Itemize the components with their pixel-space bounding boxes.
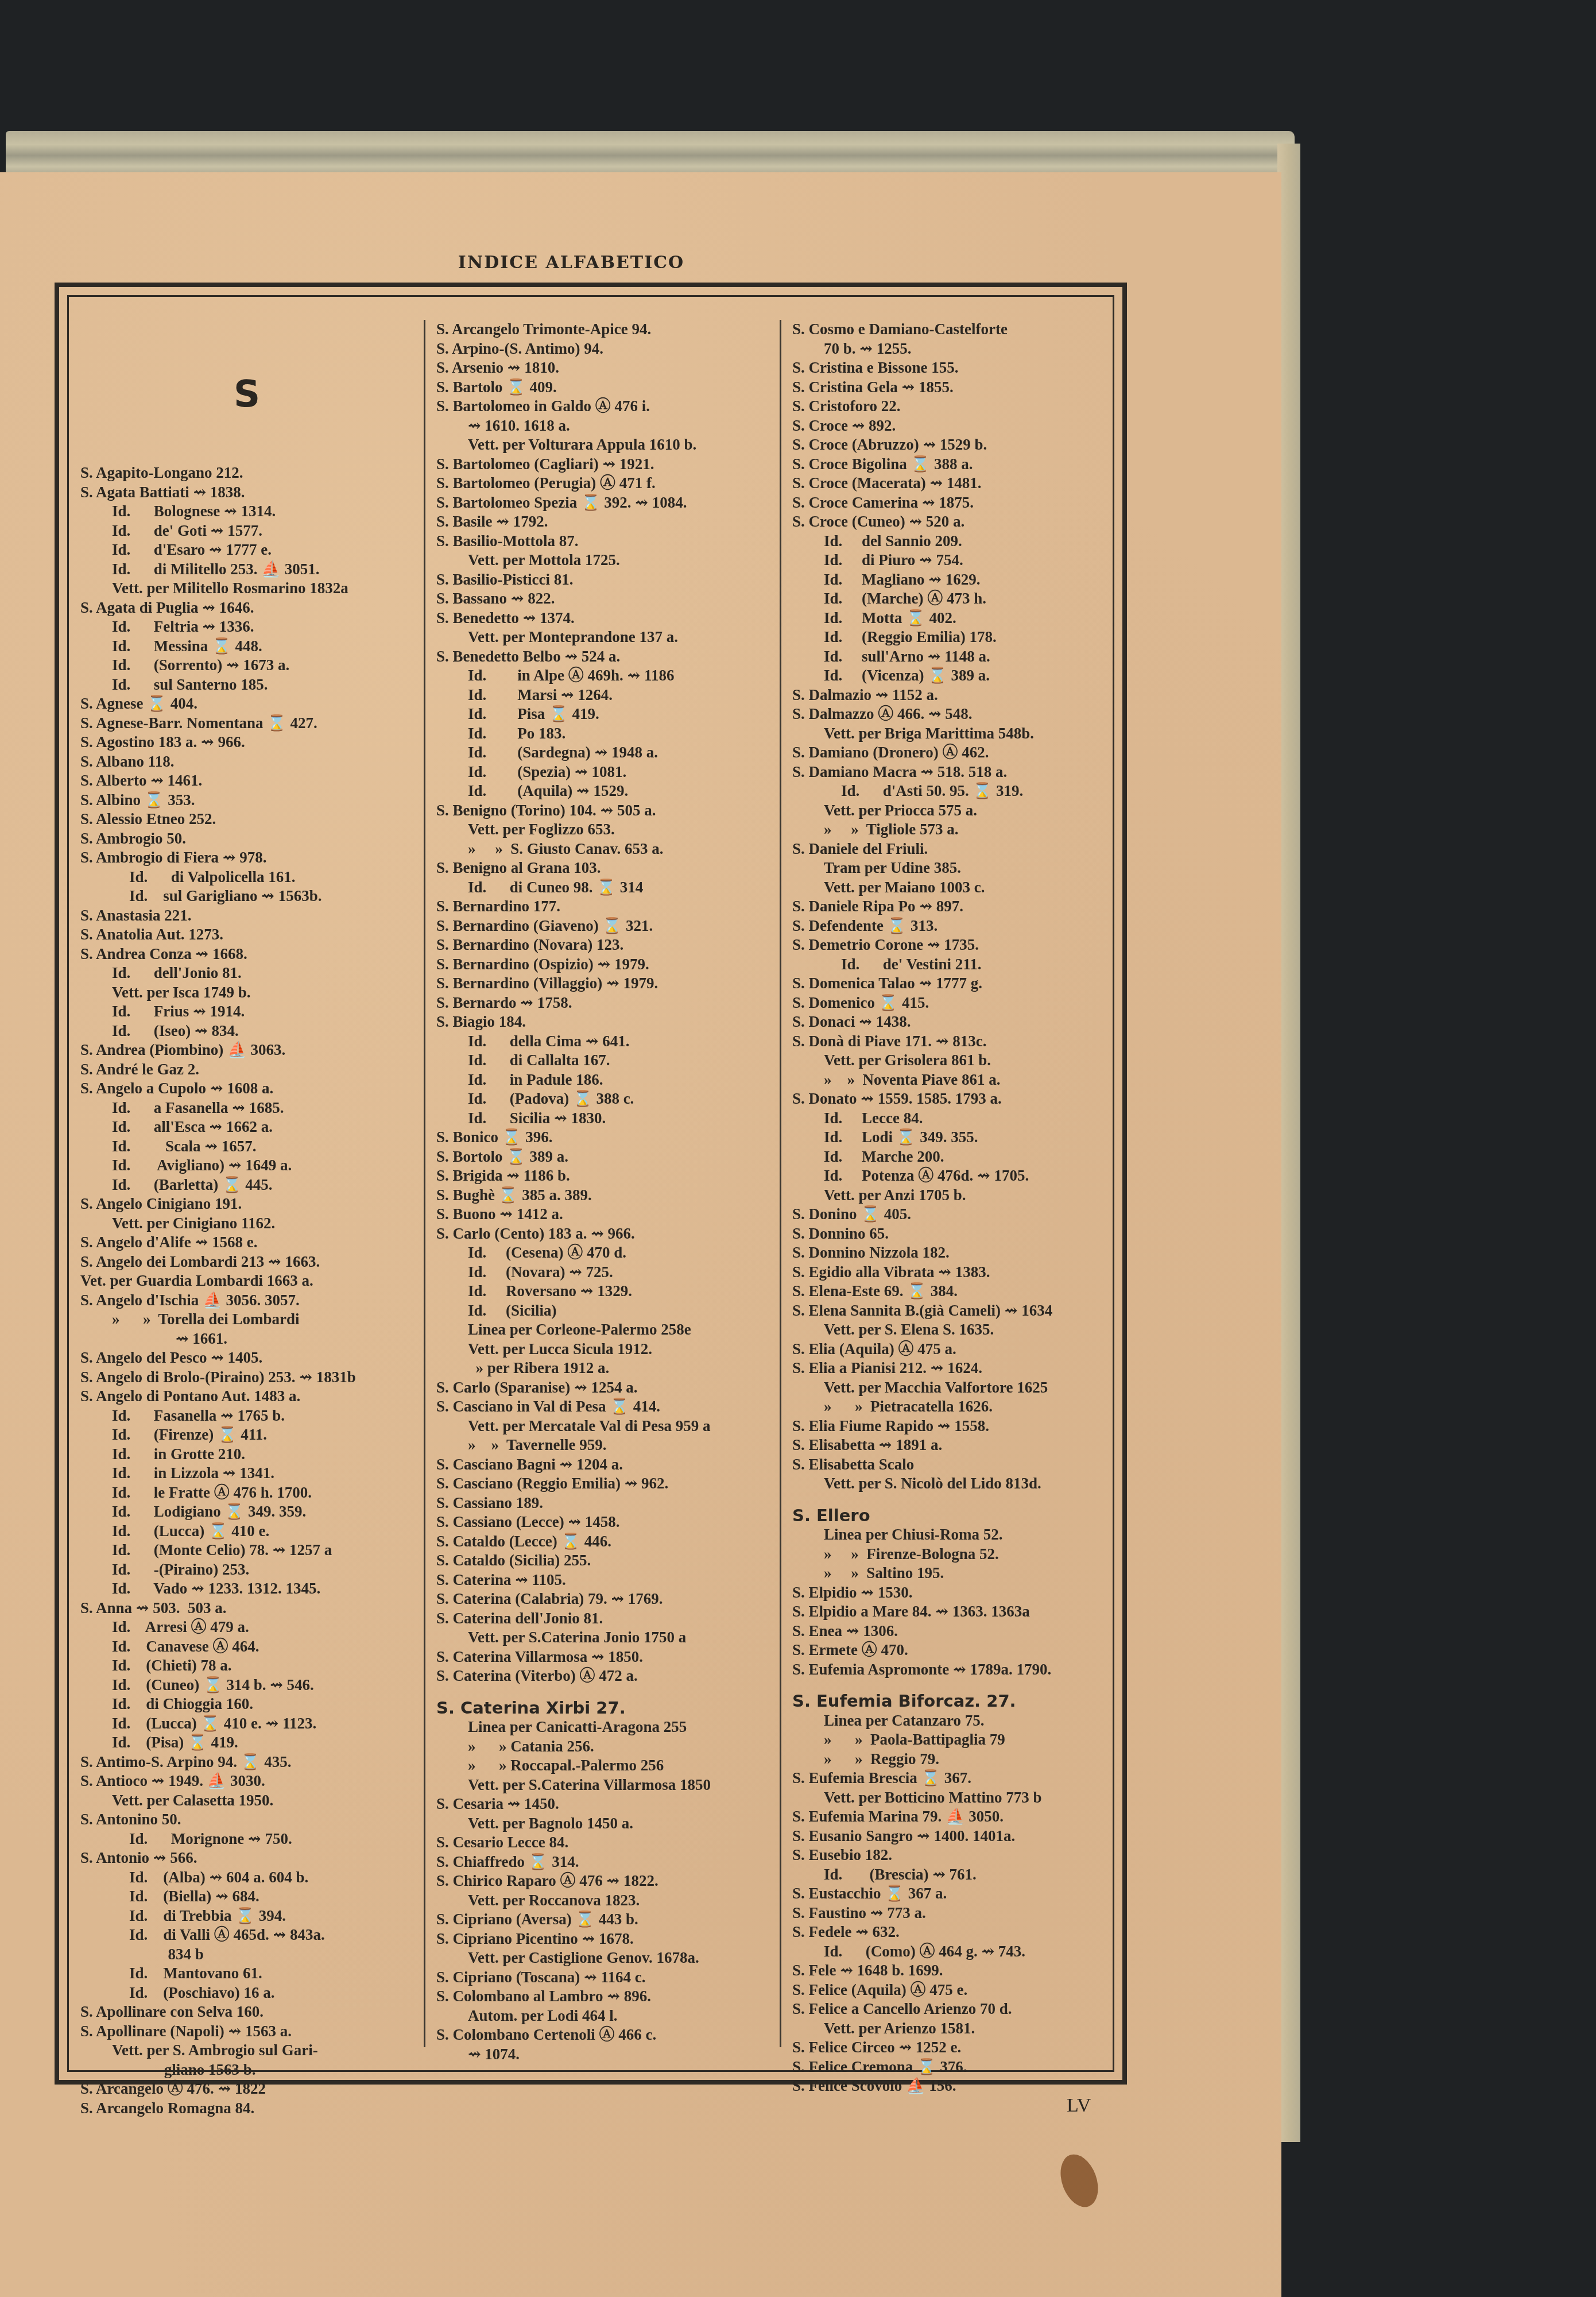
index-entry: S. Croce Bigolina ⌛ 388 a.: [792, 455, 1125, 474]
index-entry: S. Ambrogio 50.: [80, 829, 413, 849]
index-entry: 834 b: [80, 1945, 413, 1965]
index-entry: » » Firenze-Bologna 52.: [792, 1545, 1125, 1564]
index-entry: Id. di Militello 253. ⛵ 3051.: [80, 560, 413, 579]
index-entry: S. Cristoforo 22.: [792, 397, 1125, 416]
index-entry: S. Cipriano (Aversa) ⌛ 443 b.: [436, 1910, 775, 1929]
index-entry: Id. Canavese Ⓐ 464.: [80, 1637, 413, 1657]
index-entry: Vett. per Isca 1749 b.: [80, 983, 413, 1003]
index-entry: Id. di Valpolicella 161.: [80, 868, 413, 887]
index-entry: S. Cristina e Bissone 155.: [792, 358, 1125, 378]
index-entry: S. Andrea Conza ⇝ 1668.: [80, 945, 413, 964]
index-entry: Id. (Cesena) Ⓐ 470 d.: [436, 1243, 775, 1263]
index-entry: S. Bortolo ⌛ 389 a.: [436, 1147, 775, 1167]
index-entry: Vet. per Guardia Lombardi 1663 a.: [80, 1271, 413, 1291]
index-entry: S. Angelo Cinigiano 191.: [80, 1194, 413, 1214]
index-entry: » » Pietracatella 1626.: [792, 1397, 1125, 1417]
index-entry: ⇝ 1661.: [80, 1329, 413, 1349]
entry-list: S. Arcangelo Trimonte-Apice 94.S. Arpino…: [436, 320, 775, 2064]
index-entry: Vett. per Lucca Sicula 1912.: [436, 1340, 775, 1359]
index-entry: S. Anna ⇝ 503. 503 a.: [80, 1599, 413, 1618]
index-entry: S. Agostino 183 a. ⇝ 966.: [80, 733, 413, 752]
index-entry: S. Daniele del Friuli.: [792, 840, 1125, 859]
index-entry: Id. (Spezia) ⇝ 1081.: [436, 763, 775, 782]
index-entry: » » Catania 256.: [436, 1737, 775, 1757]
index-entry: S. Fedele ⇝ 632.: [792, 1923, 1125, 1942]
index-entry: Id. di Cuneo 98. ⌛ 314: [436, 878, 775, 898]
column-divider: [780, 320, 781, 2047]
index-entry: S. Angelo di Pontano Aut. 1483 a.: [80, 1387, 413, 1406]
index-entry: S. Felice Cremona ⌛ 376.: [792, 2058, 1125, 2077]
index-entry: Id. di Callalta 167.: [436, 1051, 775, 1070]
index-entry: Id. (Aquila) ⇝ 1529.: [436, 782, 775, 801]
index-entry: S. Caterina dell'Jonio 81.: [436, 1609, 775, 1629]
index-entry: S. Eustacchio ⌛ 367 a.: [792, 1884, 1125, 1904]
index-entry: » » Paola-Battipaglia 79: [792, 1730, 1125, 1750]
index-entry: S. Apollinare con Selva 160.: [80, 2002, 413, 2022]
index-entry: S. Anastasia 221.: [80, 906, 413, 926]
index-entry: S. Brigida ⇝ 1186 b.: [436, 1166, 775, 1186]
index-entry: Id. della Cima ⇝ 641.: [436, 1032, 775, 1051]
index-entry: Id. de' Goti ⇝ 1577.: [80, 521, 413, 541]
index-entry: S. Chirico Raparo Ⓐ 476 ⇝ 1822.: [436, 1871, 775, 1891]
index-entry: Id. Marsi ⇝ 1264.: [436, 686, 775, 705]
index-entry: ⇝ 1610. 1618 a.: [436, 416, 775, 436]
index-entry: S. Basile ⇝ 1792.: [436, 512, 775, 532]
index-entry: S. Bernardino 177.: [436, 897, 775, 917]
index-section-heading: S. Eufemia Biforcaz. 27.: [792, 1692, 1125, 1711]
index-entry: S. Donino ⌛ 405.: [792, 1205, 1125, 1224]
index-entry: Vett. per Priocca 575 a.: [792, 801, 1125, 821]
index-entry: S. Dalmazio ⇝ 1152 a.: [792, 686, 1125, 705]
index-entry: Vett. per S. Elena S. 1635.: [792, 1320, 1125, 1340]
index-entry: Id. Morignone ⇝ 750.: [80, 1830, 413, 1849]
index-entry: Vett. per Monteprandone 137 a.: [436, 628, 775, 647]
index-entry: Vett. per Anzi 1705 b.: [792, 1186, 1125, 1205]
index-entry: S. Eufemia Brescia ⌛ 367.: [792, 1769, 1125, 1788]
index-entry: Id. Frius ⇝ 1914.: [80, 1002, 413, 1022]
index-entry: » » S. Giusto Canav. 653 a.: [436, 840, 775, 859]
index-entry: S. Bartolomeo in Galdo Ⓐ 476 i.: [436, 397, 775, 416]
index-entry: S. Benedetto Belbo ⇝ 524 a.: [436, 647, 775, 667]
index-entry: Id. di Piuro ⇝ 754.: [792, 551, 1125, 570]
index-entry: Id. di Valli Ⓐ 465d. ⇝ 843a.: [80, 1925, 413, 1945]
index-entry: S. Cataldo (Lecce) ⌛ 446.: [436, 1532, 775, 1552]
index-entry: S. Benedetto ⇝ 1374.: [436, 609, 775, 628]
index-entry: S. Felice Circeo ⇝ 1252 e.: [792, 2038, 1125, 2058]
index-entry: Id. a Fasanella ⇝ 1685.: [80, 1099, 413, 1118]
index-entry: S. Enea ⇝ 1306.: [792, 1622, 1125, 1641]
index-entry: S. Andrea (Piombino) ⛵ 3063.: [80, 1041, 413, 1060]
index-entry: S. Cassiano (Lecce) ⇝ 1458.: [436, 1513, 775, 1532]
index-entry: S. Cosmo e Damiano-Castelforte: [792, 320, 1125, 339]
index-entry: S. Cristina Gela ⇝ 1855.: [792, 378, 1125, 397]
index-entry: Id. dell'Jonio 81.: [80, 964, 413, 983]
index-entry: S. Angelo di Brolo-(Piraino) 253. ⇝ 1831…: [80, 1368, 413, 1387]
index-entry: S. Antonio ⇝ 566.: [80, 1849, 413, 1868]
index-entry: Vett. per Grisolera 861 b.: [792, 1051, 1125, 1070]
index-entry: Vett. per Volturara Appula 1610 b.: [436, 435, 775, 455]
index-entry: S. Arcangelo Trimonte-Apice 94.: [436, 320, 775, 339]
index-entry: Id. (Sardegna) ⇝ 1948 a.: [436, 743, 775, 763]
index-section-heading: S. Caterina Xirbi 27.: [436, 1699, 775, 1718]
index-entry: Id. in Grotte 210.: [80, 1445, 413, 1464]
index-entry: S. Buono ⇝ 1412 a.: [436, 1205, 775, 1224]
index-entry: Id. Sicilia ⇝ 1830.: [436, 1109, 775, 1128]
index-entry: Id. (Marche) Ⓐ 473 h.: [792, 589, 1125, 609]
index-entry: S. Egidio alla Vibrata ⇝ 1383.: [792, 1263, 1125, 1282]
index-entry: S. Angelo a Cupolo ⇝ 1608 a.: [80, 1079, 413, 1099]
index-entry: Id. Vado ⇝ 1233. 1312. 1345.: [80, 1579, 413, 1599]
index-entry: Id. (Poschiavo) 16 a.: [80, 1983, 413, 2003]
index-entry: » » Roccapal.-Palermo 256: [436, 1756, 775, 1776]
index-entry: » » Tavernelle 959.: [436, 1436, 775, 1455]
index-entry: S. Croce (Cuneo) ⇝ 520 a.: [792, 512, 1125, 532]
index-entry: S. Angelo d'Ischia ⛵ 3056. 3057.: [80, 1291, 413, 1310]
index-entry: S. Dalmazzo Ⓐ 466. ⇝ 548.: [792, 705, 1125, 724]
index-entry: Vett. per Mottola 1725.: [436, 551, 775, 570]
index-frame-inner: S S. Agapito-Longano 212.S. Agata Battia…: [67, 295, 1114, 2072]
index-entry: Id. (Biella) ⇝ 684.: [80, 1887, 413, 1907]
index-entry: Id. (Cuneo) ⌛ 314 b. ⇝ 546.: [80, 1676, 413, 1695]
index-entry: Id. in Alpe Ⓐ 469h. ⇝ 1186: [436, 666, 775, 686]
index-entry: Id. (Brescia) ⇝ 761.: [792, 1865, 1125, 1885]
index-entry: S. Agnese-Barr. Nomentana ⌛ 427.: [80, 714, 413, 733]
index-entry: Id. (Alba) ⇝ 604 a. 604 b.: [80, 1868, 413, 1888]
index-entry: S. Caterina (Viterbo) Ⓐ 472 a.: [436, 1666, 775, 1686]
index-entry: S. Bartolo ⌛ 409.: [436, 378, 775, 397]
index-entry: S. Felice Scovolo ⛵ 156.: [792, 2076, 1125, 2096]
index-entry: S. Cesaria ⇝ 1450.: [436, 1795, 775, 1814]
index-entry: S. Donnino Nizzola 182.: [792, 1243, 1125, 1263]
index-entry: Vett. per S. Ambrogio sul Gari-: [80, 2041, 413, 2060]
index-entry: Id. Magliano ⇝ 1629.: [792, 570, 1125, 590]
index-entry: Vett. per Roccanova 1823.: [436, 1891, 775, 1911]
index-entry: Id. (Barletta) ⌛ 445.: [80, 1175, 413, 1195]
index-entry: S. Elia a Pianisi 212. ⇝ 1624.: [792, 1359, 1125, 1378]
index-entry: S. Elpidio a Mare 84. ⇝ 1363. 1363a: [792, 1602, 1125, 1622]
index-entry: S. Defendente ⌛ 313.: [792, 917, 1125, 936]
index-entry: Vett. per Foglizzo 653.: [436, 820, 775, 840]
index-entry: S. Elisabetta ⇝ 1891 a.: [792, 1436, 1125, 1455]
index-entry: S. Bartolomeo Spezia ⌛ 392. ⇝ 1084.: [436, 493, 775, 513]
index-entry: S. Elena Sannita B.(già Cameli) ⇝ 1634: [792, 1301, 1125, 1321]
index-entry: Id. Arresi Ⓐ 479 a.: [80, 1618, 413, 1637]
index-entry: Id. in Padule 186.: [436, 1070, 775, 1090]
index-entry: Id. d'Esaro ⇝ 1777 e.: [80, 540, 413, 560]
index-entry: Id. Motta ⌛ 402.: [792, 609, 1125, 628]
index-entry: Id. Po 183.: [436, 724, 775, 744]
index-entry: S. Donà di Piave 171. ⇝ 813c.: [792, 1032, 1125, 1051]
index-entry: Vett. per S.Caterina Villarmosa 1850: [436, 1776, 775, 1795]
index-entry: Id. (Firenze) ⌛ 411.: [80, 1425, 413, 1445]
index-entry: S. Bughè ⌛ 385 a. 389.: [436, 1186, 775, 1205]
index-entry: Id. sull'Arno ⇝ 1148 a.: [792, 647, 1125, 667]
index-entry: Id. (Pisa) ⌛ 419.: [80, 1733, 413, 1753]
index-entry: Id. -(Piraino) 253.: [80, 1560, 413, 1580]
index-entry: S. Bartolomeo (Perugia) Ⓐ 471 f.: [436, 474, 775, 493]
index-entry: Linea per Chiusi-Roma 52.: [792, 1525, 1125, 1545]
index-entry: S. Basilio-Mottola 87.: [436, 532, 775, 551]
index-entry: S. Eufemia Marina 79. ⛵ 3050.: [792, 1807, 1125, 1827]
index-entry: 70 b. ⇝ 1255.: [792, 339, 1125, 359]
index-entry: S. Elia (Aquila) Ⓐ 475 a.: [792, 1340, 1125, 1359]
index-entry: Id. Lecce 84.: [792, 1109, 1125, 1128]
page-number: LV: [1067, 2095, 1091, 2117]
index-entry: S. Alessio Etneo 252.: [80, 810, 413, 829]
index-entry: S. Chiaffredo ⌛ 314.: [436, 1853, 775, 1872]
index-entry: S. Angelo d'Alife ⇝ 1568 e.: [80, 1233, 413, 1252]
index-entry: S. Fele ⇝ 1648 b. 1699.: [792, 1961, 1125, 1981]
index-entry: » per Ribera 1912 a.: [436, 1359, 775, 1378]
index-entry: S. Bernardino (Villaggio) ⇝ 1979.: [436, 974, 775, 993]
index-entry: S. Felice a Cancello Arienzo 70 d.: [792, 2000, 1125, 2019]
index-entry: Id. Scala ⇝ 1657.: [80, 1137, 413, 1157]
index-entry: S. Elpidio ⇝ 1530.: [792, 1583, 1125, 1603]
index-entry: » » Noventa Piave 861 a.: [792, 1070, 1125, 1090]
index-entry: S. Donato ⇝ 1559. 1585. 1793 a.: [792, 1089, 1125, 1109]
index-entry: Id. del Sannio 209.: [792, 532, 1125, 551]
index-entry: S. André le Gaz 2.: [80, 1060, 413, 1080]
index-entry: Vett. per Cinigiano 1162.: [80, 1214, 413, 1233]
index-entry: Id. Fasanella ⇝ 1765 b.: [80, 1406, 413, 1426]
index-entry: Id. (Sorrento) ⇝ 1673 a.: [80, 656, 413, 675]
index-entry: S. Arcangelo Romagna 84.: [80, 2099, 413, 2118]
index-entry: Linea per Corleone-Palermo 258e: [436, 1320, 775, 1340]
index-entry: S. Cipriano (Toscana) ⇝ 1164 c.: [436, 1968, 775, 1987]
index-entry: Id. Roversano ⇝ 1329.: [436, 1282, 775, 1301]
index-entry: S. Alberto ⇝ 1461.: [80, 771, 413, 791]
index-entry: S. Caterina (Calabria) 79. ⇝ 1769.: [436, 1590, 775, 1609]
index-entry: S. Ambrogio di Fiera ⇝ 978.: [80, 848, 413, 868]
index-column-2: S. Arcangelo Trimonte-Apice 94.S. Arpino…: [436, 320, 775, 2047]
index-entry: Vett. per S. Nicolò del Lido 813d.: [792, 1474, 1125, 1494]
index-entry: Id. (Chieti) 78 a.: [80, 1656, 413, 1676]
index-entry: S. Demetrio Corone ⇝ 1735.: [792, 935, 1125, 955]
index-entry: S. Apollinare (Napoli) ⇝ 1563 a.: [80, 2022, 413, 2041]
index-entry: S. Arsenio ⇝ 1810.: [436, 358, 775, 378]
index-entry: S. Donnino 65.: [792, 1224, 1125, 1244]
index-entry: Id. di Trebbia ⌛ 394.: [80, 1907, 413, 1926]
index-entry: S. Colombano al Lambro ⇝ 896.: [436, 1987, 775, 2006]
index-entry: Id. (Padova) ⌛ 388 c.: [436, 1089, 775, 1109]
index-entry: » » Reggio 79.: [792, 1750, 1125, 1769]
index-entry: S. Caterina ⇝ 1105.: [436, 1571, 775, 1590]
index-entry: S. Albino ⌛ 353.: [80, 791, 413, 810]
index-entry: S. Domenico ⌛ 415.: [792, 993, 1125, 1013]
index-entry: Id. (Vicenza) ⌛ 389 a.: [792, 666, 1125, 686]
index-entry: S. Agata Battiati ⇝ 1838.: [80, 483, 413, 502]
index-entry: S. Cassiano 189.: [436, 1494, 775, 1513]
index-entry: S. Bartolomeo (Cagliari) ⇝ 1921.: [436, 455, 775, 474]
index-entry: Id. (Como) Ⓐ 464 g. ⇝ 743.: [792, 1942, 1125, 1962]
index-entry: Id. di Chioggia 160.: [80, 1695, 413, 1714]
index-entry: S. Croce ⇝ 892.: [792, 416, 1125, 436]
index-entry: Id. (Lucca) ⌛ 410 e. ⇝ 1123.: [80, 1714, 413, 1734]
index-entry: Vett. per Calasetta 1950.: [80, 1791, 413, 1811]
index-entry: S. Damiano (Dronero) Ⓐ 462.: [792, 743, 1125, 763]
index-entry: Vett. per Briga Marittima 548b.: [792, 724, 1125, 744]
index-entry: S. Croce (Abruzzo) ⇝ 1529 b.: [792, 435, 1125, 455]
index-entry: » » Saltino 195.: [792, 1564, 1125, 1583]
index-entry: S. Cataldo (Sicilia) 255.: [436, 1551, 775, 1571]
index-entry: Id. all'Esca ⇝ 1662 a.: [80, 1117, 413, 1137]
index-entry: Id. de' Vestini 211.: [792, 955, 1125, 975]
index-entry: S. Arcangelo Ⓐ 476. ⇝ 1822: [80, 2079, 413, 2099]
index-entry: Id. Potenza Ⓐ 476d. ⇝ 1705.: [792, 1166, 1125, 1186]
index-entry: S. Bernardino (Giaveno) ⌛ 321.: [436, 917, 775, 936]
index-entry: gliano 1563 b.: [80, 2060, 413, 2080]
index-entry: S. Damiano Macra ⇝ 518. 518 a.: [792, 763, 1125, 782]
entry-list: S. Agapito-Longano 212.S. Agata Battiati…: [80, 463, 413, 2118]
index-entry: S. Cesario Lecce 84.: [436, 1833, 775, 1853]
index-entry: S. Eusanio Sangro ⇝ 1400. 1401a.: [792, 1827, 1125, 1846]
index-entry: Id. (Lucca) ⌛ 410 e.: [80, 1522, 413, 1541]
section-letter: S: [80, 372, 413, 417]
index-entry: S. Anatolia Aut. 1273.: [80, 925, 413, 945]
index-entry: Id. Lodi ⌛ 349. 355.: [792, 1128, 1125, 1147]
index-entry: Vett. per S.Caterina Jonio 1750 a: [436, 1628, 775, 1648]
index-entry: Vett. per Botticino Mattino 773 b: [792, 1788, 1125, 1808]
index-entry: S. Agata di Puglia ⇝ 1646.: [80, 598, 413, 618]
index-entry: S. Donaci ⇝ 1438.: [792, 1012, 1125, 1032]
index-entry: S. Bernardo ⇝ 1758.: [436, 993, 775, 1013]
index-entry: ⇝ 1074.: [436, 2045, 775, 2064]
column-divider: [424, 320, 425, 2047]
index-entry: Id. (Monte Celio) 78. ⇝ 1257 a: [80, 1541, 413, 1560]
index-entry: Vett. per Castiglione Genov. 1678a.: [436, 1948, 775, 1968]
index-entry: Vett. per Arienzo 1581.: [792, 2019, 1125, 2039]
index-entry: S. Casciano in Val di Pesa ⌛ 414.: [436, 1397, 775, 1417]
index-entry: S. Eufemia Aspromonte ⇝ 1789a. 1790.: [792, 1660, 1125, 1680]
index-column-3: S. Cosmo e Damiano-Castelforte70 b. ⇝ 12…: [792, 320, 1125, 2047]
index-entry: Id. Marche 200.: [792, 1147, 1125, 1167]
index-entry: S. Elisabetta Scalo: [792, 1455, 1125, 1475]
index-entry: Id. Avigliano) ⇝ 1649 a.: [80, 1156, 413, 1175]
index-entry: S. Ermete Ⓐ 470.: [792, 1641, 1125, 1660]
index-entry: S. Bonico ⌛ 396.: [436, 1128, 775, 1147]
index-entry: S. Angelo del Pesco ⇝ 1405.: [80, 1348, 413, 1368]
index-entry: Id. Pisa ⌛ 419.: [436, 705, 775, 724]
index-entry: S. Angelo dei Lombardi 213 ⇝ 1663.: [80, 1252, 413, 1272]
index-column-1: S S. Agapito-Longano 212.S. Agata Battia…: [80, 320, 413, 2047]
index-entry: Id. Messina ⌛ 448.: [80, 637, 413, 656]
running-head: INDICE ALFABETICO: [0, 253, 1142, 273]
index-entry: Linea per Canicatti-Aragona 255: [436, 1718, 775, 1737]
entry-list: S. Cosmo e Damiano-Castelforte70 b. ⇝ 12…: [792, 320, 1125, 2096]
index-entry: S. Casciano Bagni ⇝ 1204 a.: [436, 1455, 775, 1475]
index-entry: S. Domenica Talao ⇝ 1777 g.: [792, 974, 1125, 993]
index-entry: S. Caterina Villarmosa ⇝ 1850.: [436, 1648, 775, 1667]
index-entry: Id. (Reggio Emilia) 178.: [792, 628, 1125, 647]
index-entry: Vett. per Macchia Valfortore 1625: [792, 1378, 1125, 1398]
index-entry: S. Bernardino (Novara) 123.: [436, 935, 775, 955]
index-entry: S. Carlo (Cento) 183 a. ⇝ 966.: [436, 1224, 775, 1244]
index-entry: Tram per Udine 385.: [792, 859, 1125, 878]
index-entry: S. Albano 118.: [80, 752, 413, 772]
index-section-heading: S. Ellero: [792, 1506, 1125, 1526]
index-entry: Id. in Lizzola ⇝ 1341.: [80, 1464, 413, 1483]
index-entry: S. Benigno al Grana 103.: [436, 859, 775, 878]
index-entry: S. Elena-Este 69. ⌛ 384.: [792, 1282, 1125, 1301]
index-entry: S. Antonino 50.: [80, 1810, 413, 1830]
index-entry: Id. Mantovano 61.: [80, 1964, 413, 1983]
index-entry: S. Antioco ⇝ 1949. ⛵ 3030.: [80, 1772, 413, 1791]
index-entry: S. Casciano (Reggio Emilia) ⇝ 962.: [436, 1474, 775, 1494]
index-entry: Id. Feltria ⇝ 1336.: [80, 617, 413, 637]
index-entry: S. Croce Camerina ⇝ 1875.: [792, 493, 1125, 513]
index-entry: S. Antimo-S. Arpino 94. ⌛ 435.: [80, 1753, 413, 1772]
index-entry: S. Cipriano Picentino ⇝ 1678.: [436, 1929, 775, 1949]
index-entry: S. Bernardino (Ospizio) ⇝ 1979.: [436, 955, 775, 975]
index-entry: Vett. per Maiano 1003 c.: [792, 878, 1125, 898]
index-entry: Id. sul Santerno 185.: [80, 675, 413, 695]
index-entry: S. Carlo (Sparanise) ⇝ 1254 a.: [436, 1378, 775, 1398]
index-entry: Id. (Iseo) ⇝ 834.: [80, 1022, 413, 1041]
index-entry: S. Agnese ⌛ 404.: [80, 694, 413, 714]
index-entry: Vett. per Militello Rosmarino 1832a: [80, 579, 413, 598]
index-entry: S. Croce (Macerata) ⇝ 1481.: [792, 474, 1125, 493]
index-entry: S. Agapito-Longano 212.: [80, 463, 413, 483]
index-entry: S. Arpino-(S. Antimo) 94.: [436, 339, 775, 359]
index-entry: S. Colombano Certenoli Ⓐ 466 c.: [436, 2025, 775, 2045]
index-entry: S. Felice (Aquila) Ⓐ 475 e.: [792, 1981, 1125, 2000]
index-entry: S. Eusebio 182.: [792, 1846, 1125, 1865]
index-entry: S. Biagio 184.: [436, 1012, 775, 1032]
index-frame: S S. Agapito-Longano 212.S. Agata Battia…: [55, 283, 1127, 2085]
index-entry: Id. le Fratte Ⓐ 476 h. 1700.: [80, 1483, 413, 1503]
index-entry: » » Tigliole 573 a.: [792, 820, 1125, 840]
index-entry: Id. (Novara) ⇝ 725.: [436, 1263, 775, 1282]
index-entry: S. Basilio-Pisticci 81.: [436, 570, 775, 590]
index-entry: Linea per Catanzaro 75.: [792, 1711, 1125, 1731]
index-entry: S. Daniele Ripa Po ⇝ 897.: [792, 897, 1125, 917]
index-entry: S. Bassano ⇝ 822.: [436, 589, 775, 609]
index-entry: S. Faustino ⇝ 773 a.: [792, 1904, 1125, 1923]
index-entry: Autom. per Lodi 464 l.: [436, 2006, 775, 2026]
index-entry: Vett. per Bagnolo 1450 a.: [436, 1814, 775, 1834]
index-entry: S. Elia Fiume Rapido ⇝ 1558.: [792, 1417, 1125, 1436]
index-entry: » » Torella dei Lombardi: [80, 1310, 413, 1329]
index-entry: Id. sul Garigliano ⇝ 1563b.: [80, 887, 413, 906]
index-entry: Id. d'Asti 50. 95. ⌛ 319.: [792, 782, 1125, 801]
index-entry: Id. Bolognese ⇝ 1314.: [80, 502, 413, 521]
index-entry: Id. Lodigiano ⌛ 349. 359.: [80, 1502, 413, 1522]
index-entry: S. Benigno (Torino) 104. ⇝ 505 a.: [436, 801, 775, 821]
index-entry: Id. (Sicilia): [436, 1301, 775, 1321]
index-entry: Vett. per Mercatale Val di Pesa 959 a: [436, 1417, 775, 1436]
